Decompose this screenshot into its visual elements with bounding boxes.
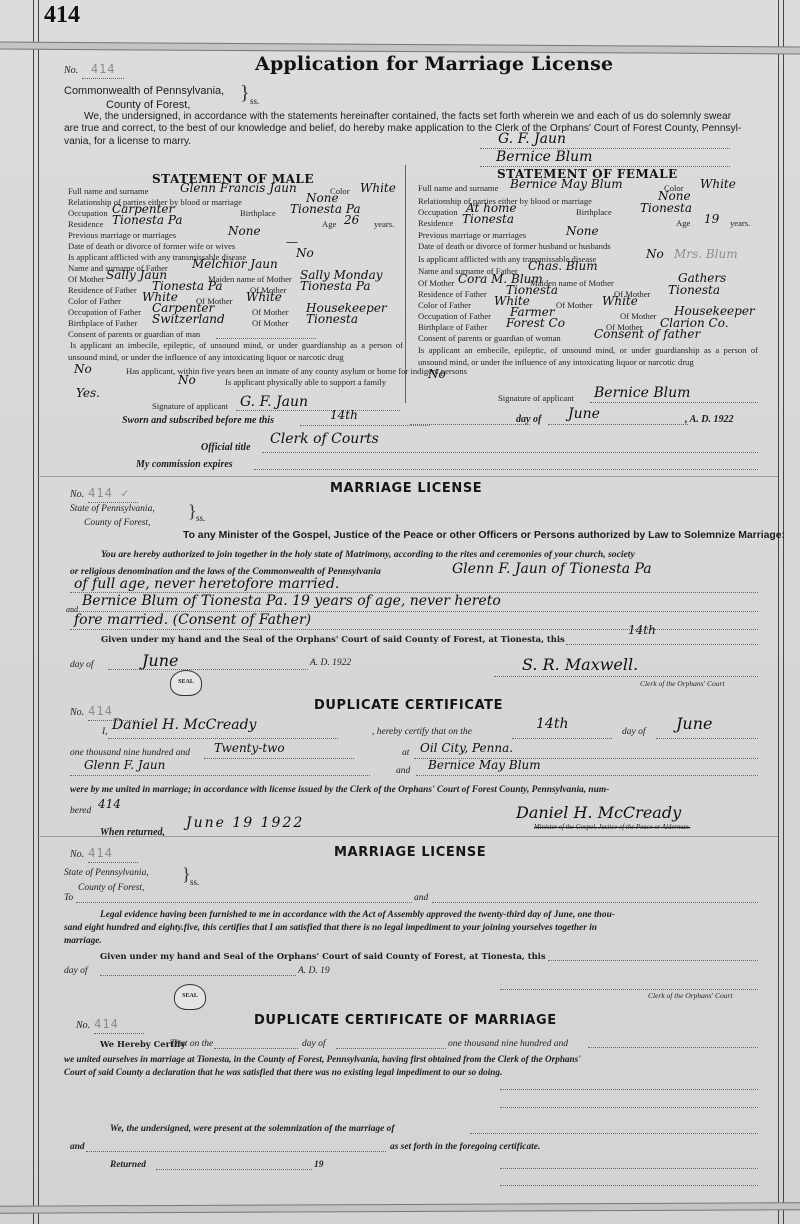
duplicate1-officiant-title: Minister of the Gospel, Justice of the P… <box>534 824 690 831</box>
male-field-previous-marriage: Previous marriage or marriages None <box>68 230 403 241</box>
day-of-label: day of <box>622 727 645 737</box>
male-residence-value[interactable]: Tionesta Pa <box>112 213 183 227</box>
female-imbecile-answer[interactable]: No <box>428 367 446 381</box>
duplicate1-officiant[interactable]: Daniel H. McCready <box>112 717 256 733</box>
female-field-previous-marriage: Previous marriage or marriages None <box>418 230 758 241</box>
application-no-value: 414 <box>91 62 116 76</box>
application-number: No. 414 <box>64 60 124 79</box>
male-field-birthplace-father: Birthplace of Father Switzerland Of Moth… <box>68 318 403 329</box>
and-label: and <box>414 893 428 903</box>
official-title-label: Official title <box>201 442 251 453</box>
male-asylum-answer[interactable]: No <box>178 373 196 387</box>
male-father-birthplace-value[interactable]: Switzerland <box>152 312 225 326</box>
female-previous-marriage-value[interactable]: None <box>566 224 599 238</box>
license1-no-value: 414 ✓ <box>88 486 129 500</box>
male-imbecile-question: Is applicant an imbecile, epileptic, of … <box>68 340 403 363</box>
license1-jurisdiction-line2: County of Forest, <box>84 518 150 528</box>
male-signature[interactable]: G. F. Jaun <box>240 394 308 410</box>
and-label: and <box>70 1142 85 1152</box>
duplicate2-certify-line2: we united ourselves in marriage at Tione… <box>64 1054 581 1064</box>
female-color-value[interactable]: White <box>700 177 736 191</box>
duplicate2-witness-line: We, the undersigned, were present at the… <box>110 1124 394 1134</box>
section-divider <box>37 836 778 837</box>
license2-ad: A. D. 19 <box>298 966 330 976</box>
license2-no-value: 414 <box>88 846 113 860</box>
brace: } <box>240 82 250 105</box>
license1-ad: A. D. 1922 <box>310 658 351 668</box>
duplicate1-title: DUPLICATE CERTIFICATE <box>314 698 503 713</box>
male-mother-birthplace-value[interactable]: Tionesta <box>306 312 358 326</box>
female-residence-value[interactable]: Tionesta <box>462 212 514 226</box>
marriage-record-page: 414 No. 414 Application for Marriage Lic… <box>0 0 800 1224</box>
day-of-label: day of <box>516 414 541 425</box>
license1-jurisdiction-line1: State of Pennsylvania, <box>70 504 155 514</box>
duplicate2-number: No. 414 <box>76 1015 144 1034</box>
duplicate1-place[interactable]: Oil City, Penna. <box>420 741 513 755</box>
female-signature-label: Signature of applicant <box>498 393 574 403</box>
female-age-value[interactable]: 19 <box>704 212 719 226</box>
female-imbecile-question: Is applicant an embecile, epileptic, of … <box>418 344 758 368</box>
duplicate1-bride[interactable]: Bernice May Blum <box>428 758 541 772</box>
application-title: Application for Marriage License <box>255 53 613 75</box>
license2-legal-line2: sand eight hundred and eighty.five, this… <box>64 923 597 933</box>
license2-jurisdiction-line1: State of Pennsylvania, <box>64 868 149 878</box>
duplicate1-month[interactable]: June <box>676 714 713 733</box>
female-field-birthplace-father: Birthplace of Father Forest Co Of Mother… <box>418 322 758 333</box>
license2-and-field[interactable] <box>432 902 758 903</box>
pencil-annotation: Mrs. Blum <box>674 247 738 261</box>
left-frame-rule <box>33 0 39 1224</box>
license2-clerk-title: Clerk of the Orphans' Court <box>648 991 733 1000</box>
page-number: 414 <box>44 2 80 29</box>
numbered-label: bered <box>70 806 91 816</box>
license2-given-label: Given under my hand and Seal of the Orph… <box>100 951 546 961</box>
certify-label: , hereby certify that on the <box>372 727 472 737</box>
official-title-value[interactable]: Clerk of Courts <box>270 431 379 447</box>
license1-bride-line2[interactable]: fore married. (Consent of Father) <box>74 612 311 628</box>
duplicate2-foregoing: as set forth in the foregoing certificat… <box>390 1142 540 1152</box>
bottom-band-divider <box>0 1202 800 1213</box>
male-field-residence-father: Residence of Father Tionesta Pa Of Mothe… <box>68 285 403 296</box>
license2-number: No. 414 <box>70 844 138 863</box>
signature-line-2[interactable] <box>500 1107 758 1108</box>
license1-clerk-title: Clerk of the Orphans' Court <box>640 679 725 688</box>
license1-address: To any Minister of the Gospel, Justice o… <box>183 530 785 541</box>
duplicate1-returned[interactable]: June 19 1922 <box>186 815 304 831</box>
sworn-month[interactable]: June <box>568 406 600 422</box>
duplicate1-no-value: 414 <box>88 704 113 718</box>
license1-groom[interactable]: Glenn F. Jaun of Tionesta Pa <box>452 561 652 577</box>
male-age-value[interactable]: 26 <box>344 213 359 227</box>
duplicate1-day[interactable]: 14th <box>536 716 568 732</box>
duplicate2-year-field[interactable] <box>588 1047 758 1048</box>
day-of-label: day of <box>302 1039 325 1049</box>
female-full-name-value[interactable]: Bernice May Blum <box>510 177 623 191</box>
male-color-value[interactable]: White <box>360 181 396 195</box>
to-label: To <box>64 893 73 903</box>
jurisdiction-line2: County of Forest, <box>106 99 190 111</box>
license2-to-field[interactable] <box>76 902 412 903</box>
oath-line2: are true and correct, to the best of our… <box>64 123 741 134</box>
duplicate1-groom[interactable]: Glenn F. Jaun <box>84 758 165 772</box>
certify-text: That on the <box>170 1039 213 1049</box>
license1-given-month[interactable]: June <box>142 651 179 670</box>
and-label: and <box>396 766 410 776</box>
license1-given-label: Given under my hand and the Seal of the … <box>101 634 565 644</box>
ss-label: ss. <box>250 96 259 106</box>
license2-clerk-field[interactable] <box>500 989 758 990</box>
duplicate1-officiant-signature[interactable]: Daniel H. McCready <box>516 803 681 822</box>
license2-legal-line3: marriage. <box>64 936 102 946</box>
male-previous-marriage-value[interactable]: None <box>228 224 261 238</box>
duplicate2-no-value: 414 <box>94 1017 119 1031</box>
female-field-consent: Consent of parents or guardian of woman … <box>418 333 758 344</box>
sworn-day[interactable]: 14th <box>330 408 358 422</box>
license1-number: No. 414 ✓ <box>70 484 138 503</box>
duplicate2-certify-line3: Court of said County a declaration that … <box>64 1067 502 1077</box>
day-of-label: day of <box>70 660 93 670</box>
duplicate2-day-field[interactable] <box>214 1048 298 1049</box>
male-mother-color-value[interactable]: White <box>246 290 282 304</box>
witness-field-1[interactable] <box>470 1133 758 1134</box>
license1-clerk-signature[interactable]: S. R. Maxwell. <box>522 655 638 674</box>
ss-label: ss. <box>190 877 199 887</box>
seal-icon: SEAL <box>174 984 206 1010</box>
returned-date-field[interactable] <box>156 1169 312 1170</box>
male-full-name-value[interactable]: Glenn Francis Jaun <box>180 181 297 195</box>
commission-label: My commission expires <box>136 459 233 470</box>
at-label: at <box>402 748 409 758</box>
sworn-label: Sworn and subscribed before me this <box>122 415 274 426</box>
male-field-death-divorce: Date of death or divorce of former wife … <box>68 241 403 252</box>
i-label: I, <box>102 727 108 737</box>
female-disease-value[interactable]: No <box>646 247 664 261</box>
day-of-label: day of <box>64 966 87 976</box>
duplicate2-title: DUPLICATE CERTIFICATE OF MARRIAGE <box>254 1013 557 1028</box>
male-field-full-name: Full name and surname Glenn Francis Jaun… <box>68 186 403 197</box>
female-mother-residence-value[interactable]: Tionesta <box>668 283 720 297</box>
returned-year-label: 19 <box>314 1160 323 1170</box>
female-consent-value[interactable]: Consent of father <box>594 327 700 341</box>
year-label: one thousand nine hundred and <box>70 748 190 758</box>
duplicate1-year[interactable]: Twenty-two <box>214 741 285 755</box>
female-field-full-name: Full name and surname Bernice May Blum C… <box>418 183 758 194</box>
license2-legal-line1: Legal evidence having been furnished to … <box>100 910 615 920</box>
male-imbecile-answer[interactable]: No <box>74 362 92 376</box>
oath-line3: vania, for a license to marry. <box>64 136 191 147</box>
sworn-ad: , A. D. 1922 <box>685 414 734 425</box>
male-signature-label: Signature of applicant <box>152 401 228 411</box>
applicant-signature-2: Bernice Blum <box>496 149 592 165</box>
year-label: one thousand nine hundred and <box>448 1039 568 1049</box>
female-field-residence-father: Residence of Father Tionesta Of Mother T… <box>418 289 758 300</box>
license2-jurisdiction-line2: County of Forest, <box>78 883 144 893</box>
female-birthplace-value[interactable]: Tionesta <box>640 201 692 215</box>
male-father-name-value[interactable]: Melchior Jaun <box>192 257 278 271</box>
oath-line1: We, the undersigned, in accordance with … <box>84 111 731 122</box>
male-support-answer[interactable]: Yes. <box>76 386 100 400</box>
witness-field-2[interactable] <box>86 1151 386 1152</box>
license1-given-day[interactable]: 14th <box>628 623 656 637</box>
license1-auth-line1: You are hereby authorized to join togeth… <box>101 549 635 560</box>
female-signature[interactable]: Bernice Blum <box>594 385 690 401</box>
license2-month-field[interactable] <box>100 975 296 976</box>
signature-line-4[interactable] <box>500 1185 758 1186</box>
section-divider <box>37 476 778 477</box>
male-mother-residence-value[interactable]: Tionesta Pa <box>300 279 371 293</box>
male-disease-value[interactable]: No <box>296 246 314 260</box>
license1-groom-line2[interactable]: of full age, never heretofore married. <box>74 576 339 592</box>
female-father-name-value[interactable]: Chas. Blum <box>528 259 598 273</box>
license2-given-day-field[interactable] <box>548 960 758 961</box>
female-mother-color-value[interactable]: White <box>602 294 638 308</box>
duplicate1-numbered[interactable]: 414 <box>98 797 121 811</box>
jurisdiction-line1: Commonwealth of Pennsylvania, <box>64 85 224 97</box>
male-field-consent: Consent of parents or guardian of man <box>68 329 403 340</box>
no-label: No. <box>64 65 78 76</box>
ss-label: ss. <box>196 513 205 523</box>
license1-title: MARRIAGE LICENSE <box>330 481 482 496</box>
license1-bride[interactable]: Bernice Blum of Tionesta Pa. 19 years of… <box>82 593 501 609</box>
right-frame-rule <box>778 0 784 1224</box>
female-father-birthplace-value[interactable]: Forest Co <box>506 316 565 330</box>
returned-label: Returned <box>110 1160 146 1170</box>
signature-line-3[interactable] <box>500 1168 758 1169</box>
license2-title: MARRIAGE LICENSE <box>334 845 486 860</box>
duplicate2-month-field[interactable] <box>336 1048 446 1049</box>
signature-line-1[interactable] <box>500 1089 758 1090</box>
duplicate1-united-text: were by me united in marriage; in accord… <box>70 785 609 795</box>
male-support-question: Is applicant physically able to support … <box>225 377 386 387</box>
seal-icon: SEAL <box>170 670 202 696</box>
applicant-signature-1: G. F. Jaun <box>498 131 566 147</box>
